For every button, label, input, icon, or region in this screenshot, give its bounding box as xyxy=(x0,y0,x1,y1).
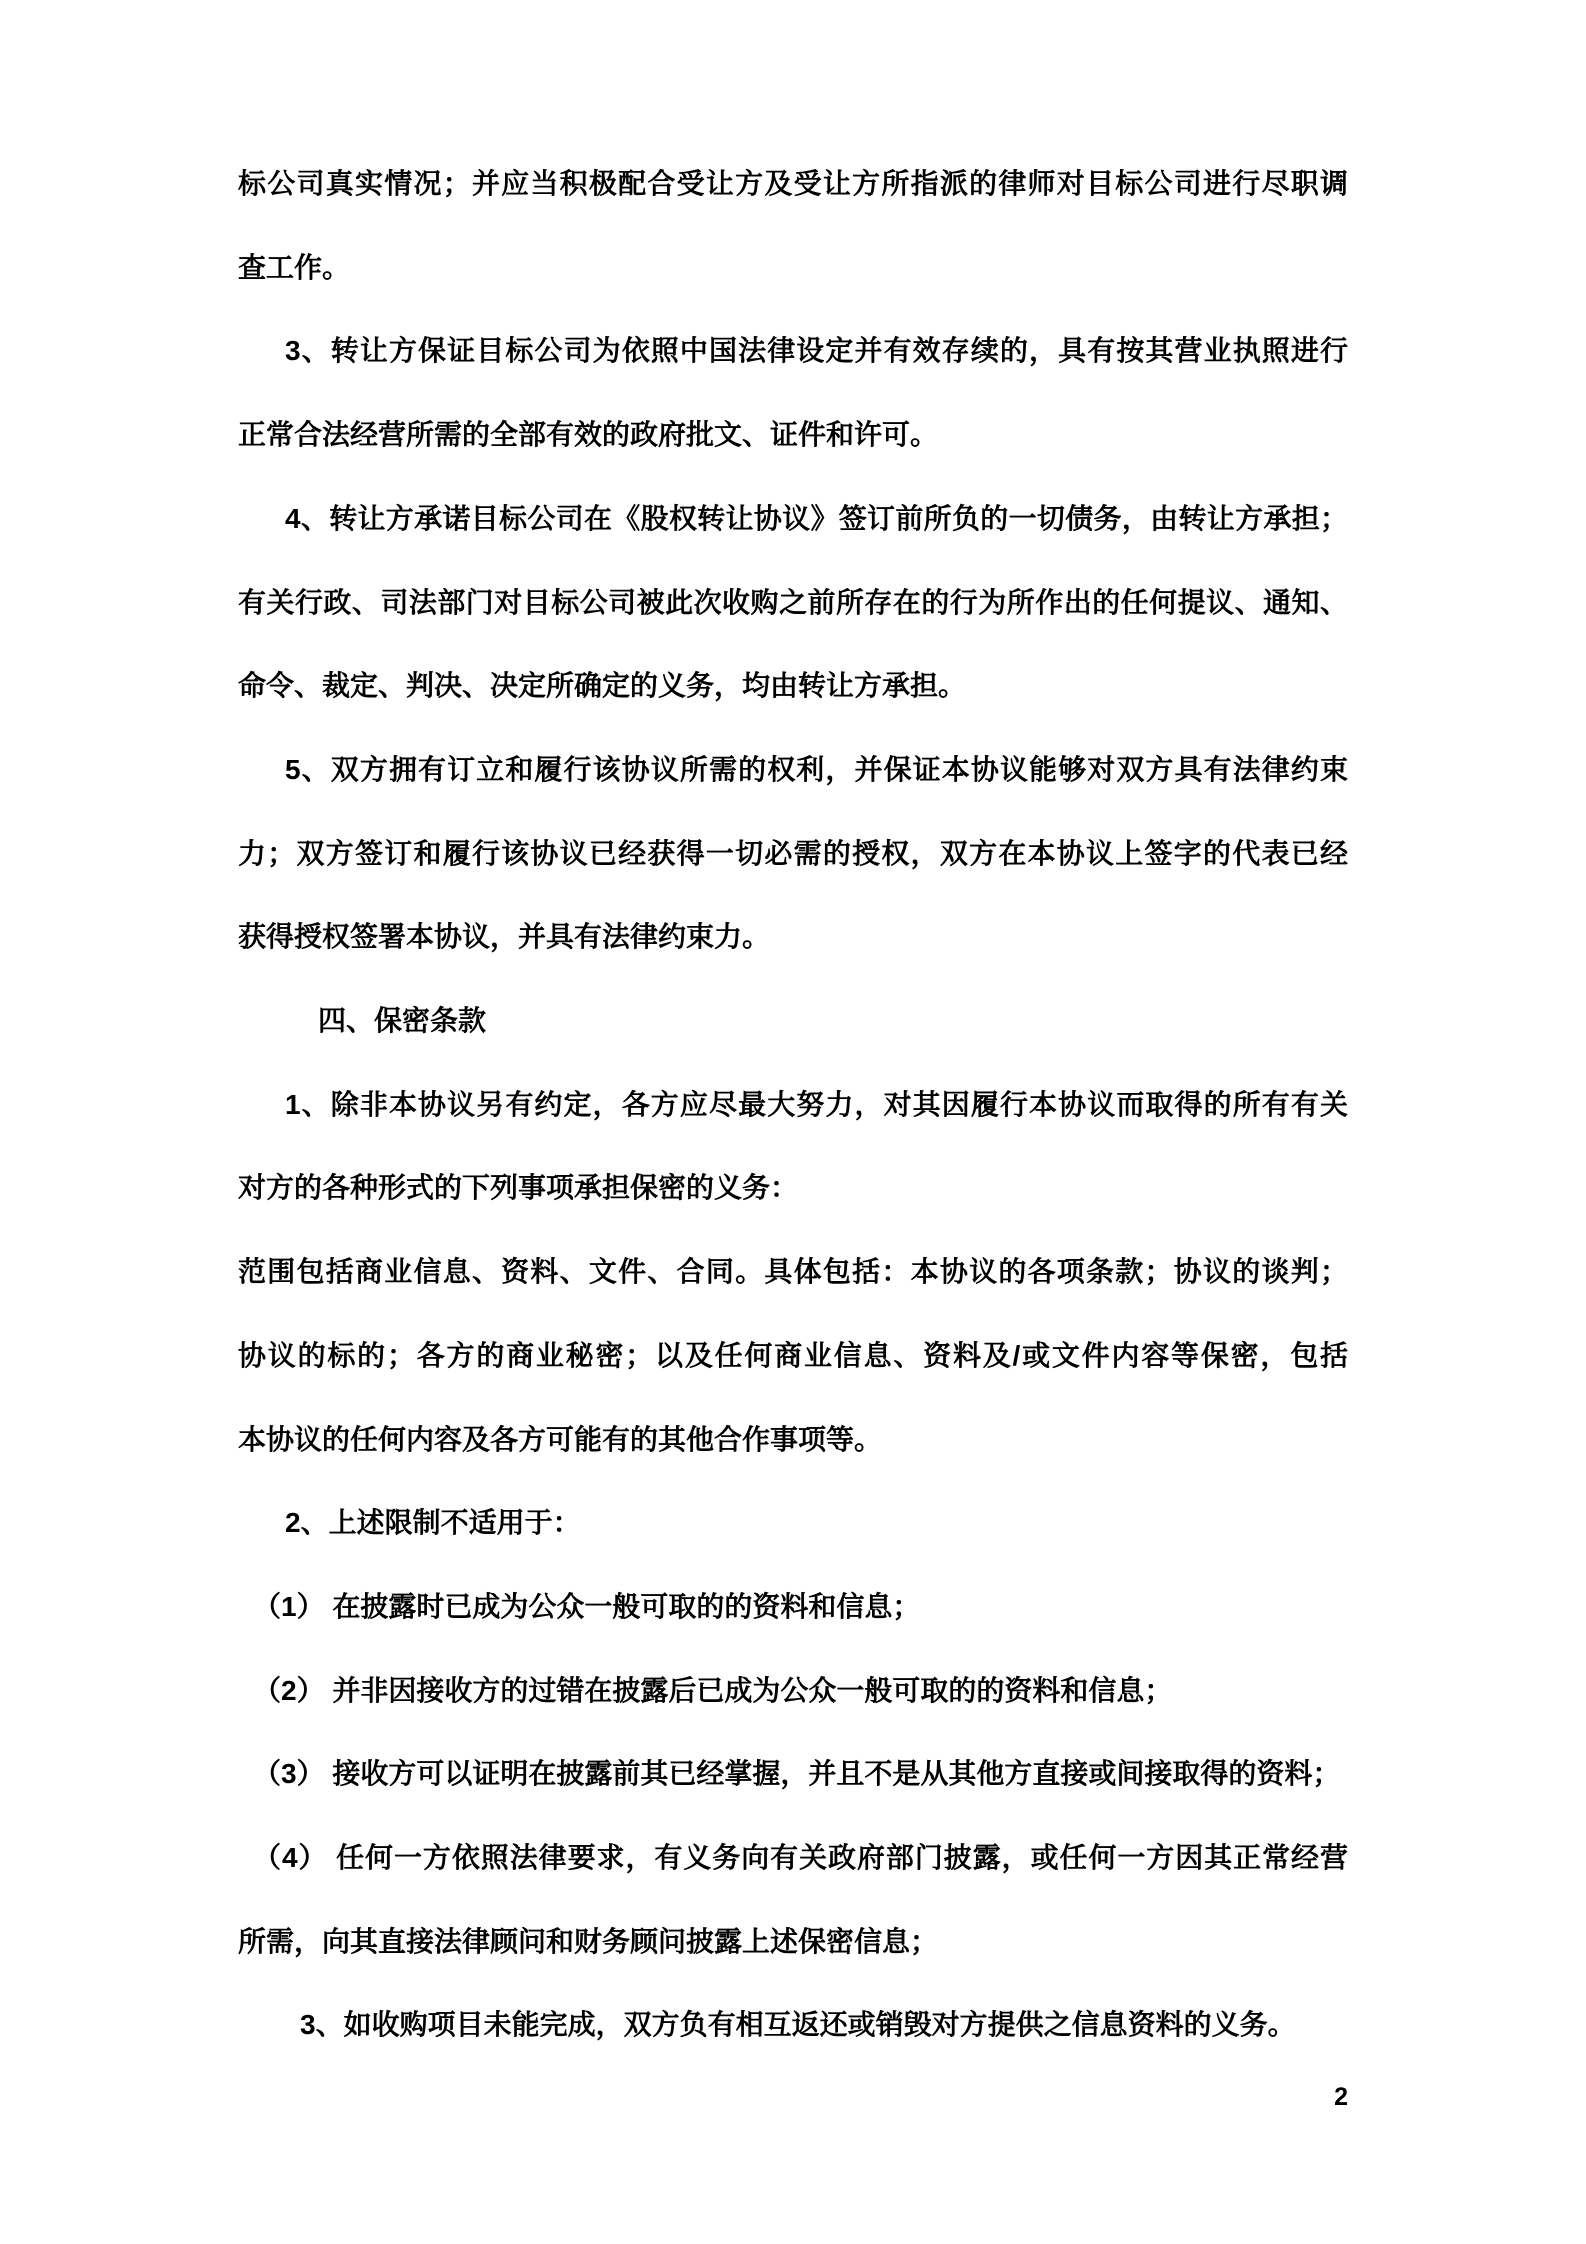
text-line: 所需，向其直接法律顾问和财务顾问披露上述保密信息； xyxy=(238,1900,1348,1984)
document-page: 标公司真实情况；并应当积极配合受让方及受让方所指派的律师对目标公司进行尽职调查工… xyxy=(0,0,1586,2244)
text-line: 对方的各种形式的下列事项承担保密的义务： xyxy=(238,1146,1348,1230)
text-line: 力；双方签订和履行该协议已经获得一切必需的授权，双方在本协议上签字的代表已经 xyxy=(238,812,1348,896)
text-line: 本协议的任何内容及各方可能有的其他合作事项等。 xyxy=(238,1398,1348,1482)
text-line: 范围包括商业信息、资料、文件、合同。具体包括：本协议的各项条款；协议的谈判； xyxy=(238,1230,1348,1314)
text-line: 查工作。 xyxy=(238,226,1348,310)
text-line: 命令、裁定、判决、决定所确定的义务，均由转让方承担。 xyxy=(238,644,1348,728)
text-line: 2、上述限制不适用于： xyxy=(238,1481,1348,1565)
text-line: 正常合法经营所需的全部有效的政府批文、证件和许可。 xyxy=(238,393,1348,477)
text-line: 协议的标的；各方的商业秘密；以及任何商业信息、资料及/或文件内容等保密，包括 xyxy=(238,1314,1348,1398)
text-line: 1、除非本协议另有约定，各方应尽最大努力，对其因履行本协议而取得的所有有关 xyxy=(238,1063,1348,1147)
text-line: 3、转让方保证目标公司为依照中国法律设定并有效存续的，具有按其营业执照进行 xyxy=(238,309,1348,393)
text-line: 四、保密条款 xyxy=(238,979,1348,1063)
text-line: （4） 任何一方依照法律要求，有义务向有关政府部门披露，或任何一方因其正常经营 xyxy=(238,1816,1348,1900)
text-line: （1） 在披露时已成为公众一般可取的的资料和信息； xyxy=(238,1565,1348,1649)
text-line: 3、如收购项目未能完成，双方负有相互返还或销毁对方提供之信息资料的义务。 xyxy=(238,1983,1348,2067)
text-line: （3） 接收方可以证明在披露前其已经掌握，并且不是从其他方直接或间接取得的资料； xyxy=(238,1732,1348,1816)
document-body: 标公司真实情况；并应当积极配合受让方及受让方所指派的律师对目标公司进行尽职调查工… xyxy=(238,142,1348,2067)
text-line: 4、转让方承诺目标公司在《股权转让协议》签订前所负的一切债务，由转让方承担； xyxy=(238,477,1348,561)
text-line: （2） 并非因接收方的过错在披露后已成为公众一般可取的的资料和信息； xyxy=(238,1649,1348,1733)
page-number: 2 xyxy=(238,2082,1348,2112)
text-line: 5、双方拥有订立和履行该协议所需的权利，并保证本协议能够对双方具有法律约束 xyxy=(238,728,1348,812)
text-line: 标公司真实情况；并应当积极配合受让方及受让方所指派的律师对目标公司进行尽职调 xyxy=(238,142,1348,226)
text-line: 获得授权签署本协议，并具有法律约束力。 xyxy=(238,895,1348,979)
text-line: 有关行政、司法部门对目标公司被此次收购之前所存在的行为所作出的任何提议、通知、 xyxy=(238,561,1348,645)
